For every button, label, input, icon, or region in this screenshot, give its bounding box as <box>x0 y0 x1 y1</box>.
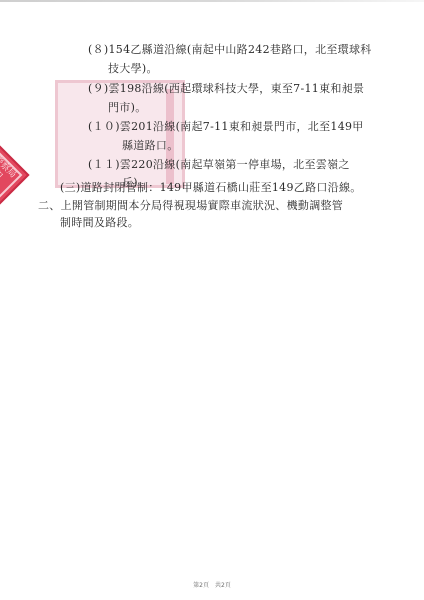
red-seal-icon: 警察局印 <box>0 142 30 207</box>
section-three: (三)道路封閉管制：149甲縣道石橋山莊至149乙路口沿線。 <box>60 181 362 195</box>
item-8-line2: 技大學)。 <box>108 62 158 76</box>
scan-edge <box>0 0 424 2</box>
item-10-label: (１０) <box>88 120 120 133</box>
seal-text: 警察局印 <box>0 150 22 201</box>
item-9-line2: 門市)。 <box>108 101 147 115</box>
item-11-line1: (１１)雲220沿線(南起草嶺第一停車場，北至雲嶺之 <box>88 158 350 172</box>
item-9-label: (９) <box>88 82 108 95</box>
item-8-label: (８) <box>88 43 108 56</box>
item-11-label: (１１) <box>88 158 120 171</box>
section-two-line2: 制時間及路段。 <box>60 216 139 230</box>
section-two-line1: 二、上開管制期間本分局得視現場實際車流狀況、機動調整管 <box>38 199 343 213</box>
item-11-text: 雲220沿線(南起草嶺第一停車場，北至雲嶺之 <box>120 158 350 171</box>
page-footer: 第2頁 共2頁 <box>0 580 424 589</box>
item-10-line1: (１０)雲201沿線(南起7-11東和昶景門市，北至149甲 <box>88 120 364 134</box>
item-8-line1: (８)154乙縣道沿線(南起中山路242巷路口，北至環球科 <box>88 43 372 57</box>
item-9-line1: (９)雲198沿線(西起環球科技大學，東至7-11東和昶景 <box>88 82 364 96</box>
item-10-line2: 縣道路口。 <box>122 139 179 153</box>
item-10-text: 雲201沿線(南起7-11東和昶景門市，北至149甲 <box>120 120 364 133</box>
item-8-text: 154乙縣道沿線(南起中山路242巷路口，北至環球科 <box>108 43 371 56</box>
item-9-text: 雲198沿線(西起環球科技大學，東至7-11東和昶景 <box>108 82 364 95</box>
